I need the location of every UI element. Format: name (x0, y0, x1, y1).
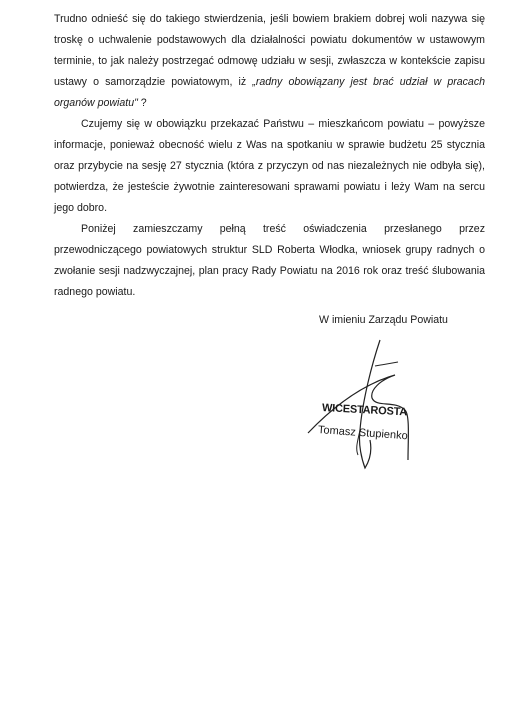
paragraph-1: Trudno odnieść się do takiego stwierdzen… (54, 9, 485, 114)
closing-line: W imieniu Zarządu Powiatu (319, 313, 448, 327)
paragraph-3-text: Poniżej zamieszczamy pełną treść oświadc… (54, 223, 485, 298)
document-body: Trudno odnieść się do takiego stwierdzen… (54, 9, 485, 303)
paragraph-1-end: ? (138, 97, 147, 109)
paragraph-3: Poniżej zamieszczamy pełną treść oświadc… (54, 219, 485, 303)
paragraph-2: Czujemy się w obowiązku przekazać Państw… (54, 114, 485, 219)
paragraph-2-text: Czujemy się w obowiązku przekazać Państw… (54, 118, 485, 214)
